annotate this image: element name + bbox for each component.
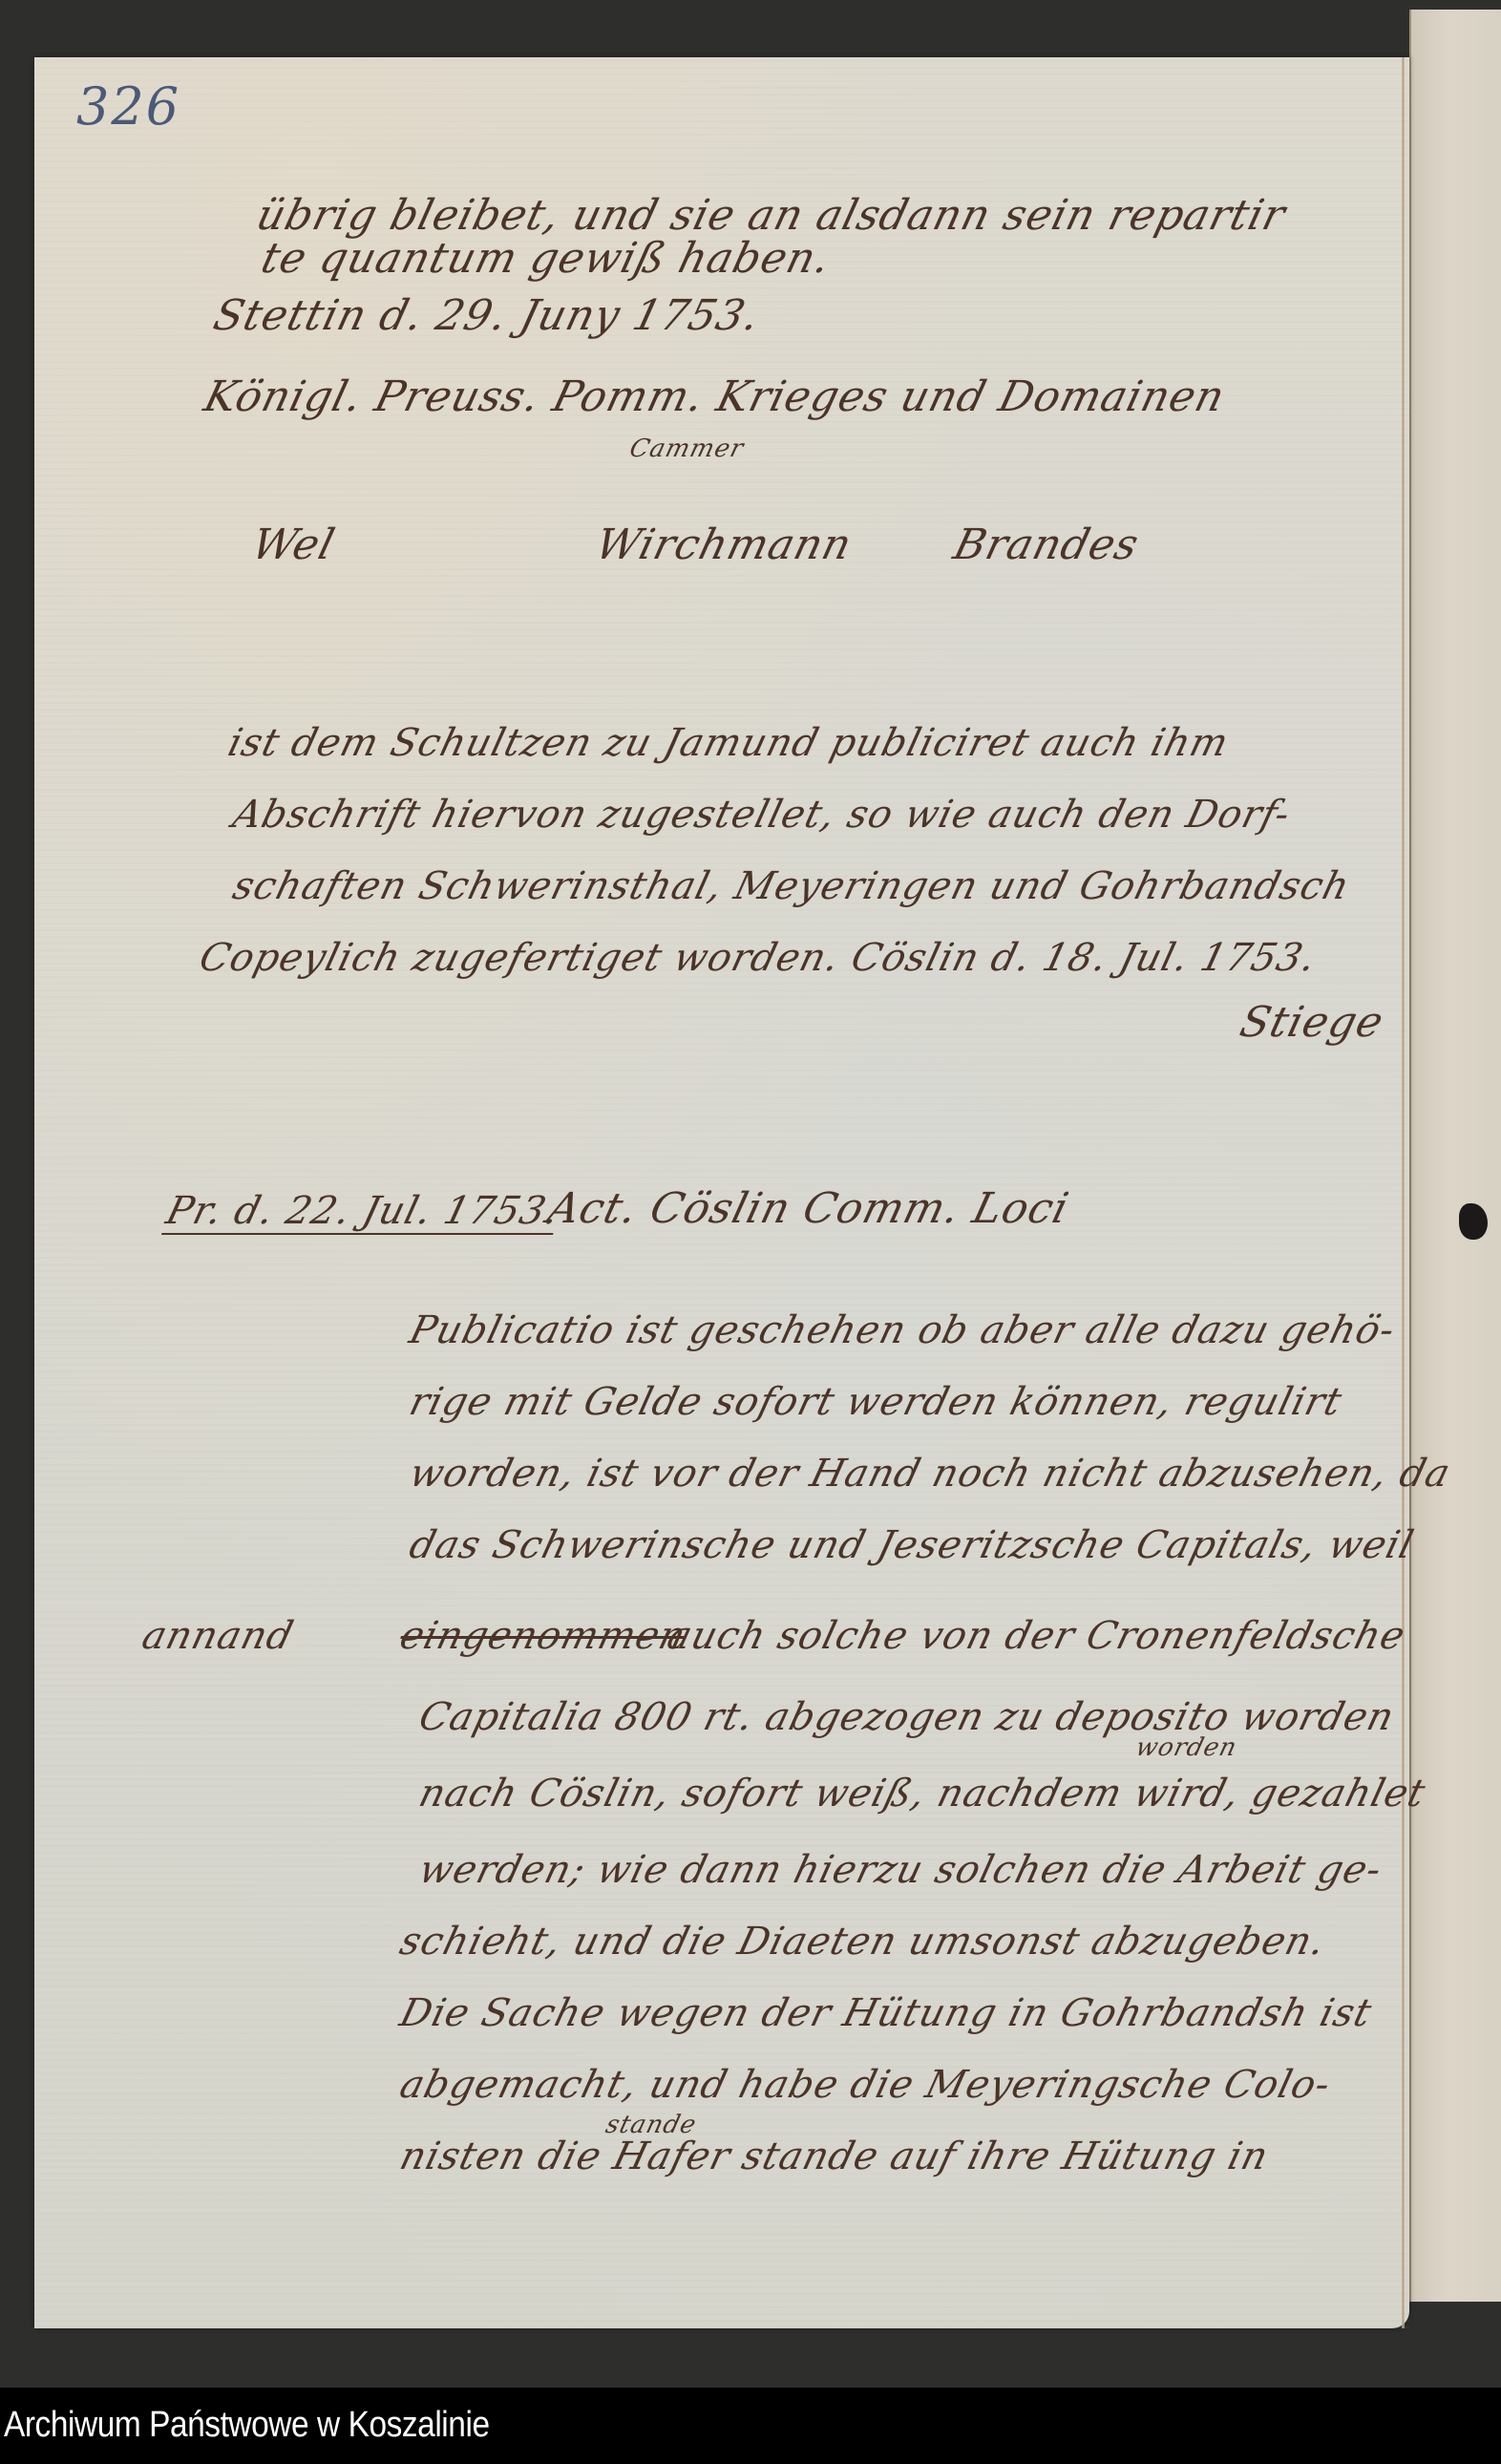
signature: Brandes [949,520,1144,569]
text-line: nisten die Hafer stande auf ihre Hütung … [395,2135,1273,2178]
text-line: worden, ist vor der Hand noch nicht abzu… [405,1452,1455,1496]
receipt-date: Pr. d. 22. Jul. 1753. [161,1189,564,1235]
date-line: Stettin d. 29. Juny 1753. [209,291,766,340]
binding-fold [1402,57,1405,2328]
signature: Stiege [1236,998,1389,1047]
text-line: auch solche von der Cronenfeldsche [663,1614,1409,1658]
text-line: nach Cöslin, sofort weiß, nachdem wird, … [414,1772,1430,1816]
authority-line: Königl. Preuss. Pomm. Krieges und Domain… [200,372,1231,421]
text-line: Publicatio ist geschehen ob aber alle da… [405,1308,1400,1352]
text-line: rige mit Gelde sofort werden können, reg… [405,1380,1346,1424]
text-line: das Schwerinsche und Jeseritzsche Capita… [405,1523,1418,1567]
text-line: schieht, und die Diaeten umsonst abzugeb… [395,1920,1330,1964]
signature: Wirchmann [591,520,857,569]
text-line: te quantum gewiß haben. [257,234,836,283]
text-line: Capitalia 800 rt. abgezogen zu deposito … [414,1695,1399,1739]
text-line: werden; wie dann hierzu solchen die Arbe… [414,1848,1386,1892]
archive-name: Archiwum Państwowe w Koszalinie [4,2405,490,2446]
text-line: Copeylich zugefertiget worden. Cöslin d.… [195,936,1321,980]
ink-blot [1459,1203,1488,1240]
text-line: übrig bleibet, und sie an alsdann sein r… [252,191,1291,240]
section-heading: Act. Cöslin Comm. Loci [543,1184,1074,1233]
text-line: Abschrift hiervon zugestellet, so wie au… [228,793,1295,837]
struck-word: eingenommen [395,1614,690,1658]
margin-note: annand [137,1614,298,1658]
text-line: Die Sache wegen der Hütung in Gohrbandsh… [395,1991,1376,2035]
folio-number: 326 [76,76,180,137]
adjacent-page-edge [1409,10,1501,2302]
signature: Wel [247,520,340,569]
authority-line: Cammer [626,435,747,463]
archive-caption-bar: Archiwum Państwowe w Koszalinie [0,2388,1501,2464]
text-line: ist dem Schultzen zu Jamund publiciret a… [223,721,1233,765]
interlinear-note: worden [1132,1733,1240,1762]
text-line: abgemacht, und habe die Meyeringsche Col… [395,2063,1335,2107]
text-line: schaften Schwerinsthal, Meyeringen und G… [228,864,1354,908]
